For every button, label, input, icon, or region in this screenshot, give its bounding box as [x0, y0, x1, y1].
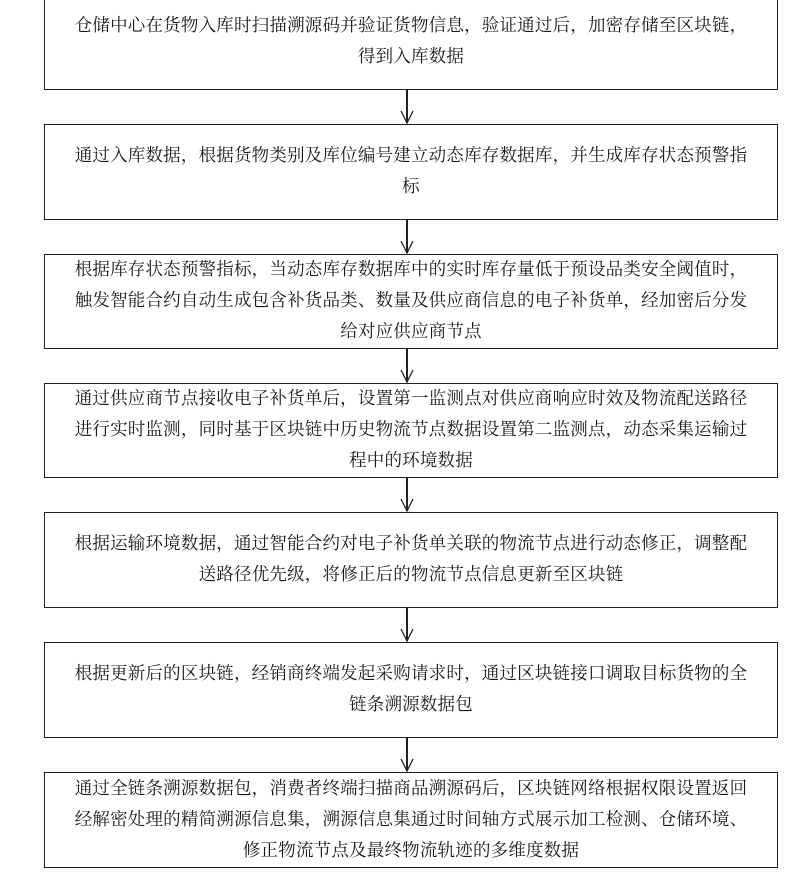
- flow-step-text: 通过供应商节点接收电子补货单后，设置第一监测点对供应商响应时效及物流配送路径进行…: [71, 384, 751, 477]
- arrow-down-icon: [400, 90, 414, 124]
- flow-step-5: 根据运输环境数据，通过智能合约对电子补货单关联的物流节点进行动态修正，调整配送路…: [44, 512, 778, 608]
- arrow-down-icon: [400, 738, 414, 772]
- flow-step-1: 仓储中心在货物入库时扫描溯源码并验证货物信息，验证通过后，加密存储至区块链，得到…: [44, 0, 778, 90]
- arrow-down-icon: [400, 349, 414, 383]
- arrow-down-icon: [400, 478, 414, 512]
- flow-step-7: 通过全链条溯源数据包，消费者终端扫描商品溯源码后，区块链网络根据权限设置返回经解…: [44, 772, 778, 868]
- flow-step-3: 根据库存状态预警指标，当动态库存数据库中的实时库存量低于预设品类安全阈值时，触发…: [44, 254, 778, 349]
- arrow-down-icon: [400, 608, 414, 642]
- flow-step-text: 根据运输环境数据，通过智能合约对电子补货单关联的物流节点进行动态修正，调整配送路…: [71, 529, 751, 591]
- flow-step-text: 根据更新后的区块链，经销商终端发起采购请求时，通过区块链接口调取目标货物的全链条…: [71, 659, 751, 721]
- flow-step-6: 根据更新后的区块链，经销商终端发起采购请求时，通过区块链接口调取目标货物的全链条…: [44, 642, 778, 738]
- flow-step-4: 通过供应商节点接收电子补货单后，设置第一监测点对供应商响应时效及物流配送路径进行…: [44, 383, 778, 478]
- flow-step-2: 通过入库数据，根据货物类别及库位编号建立动态库存数据库，并生成库存状态预警指标: [44, 124, 778, 220]
- flow-step-text: 通过入库数据，根据货物类别及库位编号建立动态库存数据库，并生成库存状态预警指标: [71, 141, 751, 203]
- flow-step-text: 通过全链条溯源数据包，消费者终端扫描商品溯源码后，区块链网络根据权限设置返回经解…: [71, 774, 751, 867]
- flow-step-text: 仓储中心在货物入库时扫描溯源码并验证货物信息，验证通过后，加密存储至区块链，得到…: [71, 11, 751, 73]
- arrow-down-icon: [400, 220, 414, 254]
- flow-step-text: 根据库存状态预警指标，当动态库存数据库中的实时库存量低于预设品类安全阈值时，触发…: [71, 255, 751, 348]
